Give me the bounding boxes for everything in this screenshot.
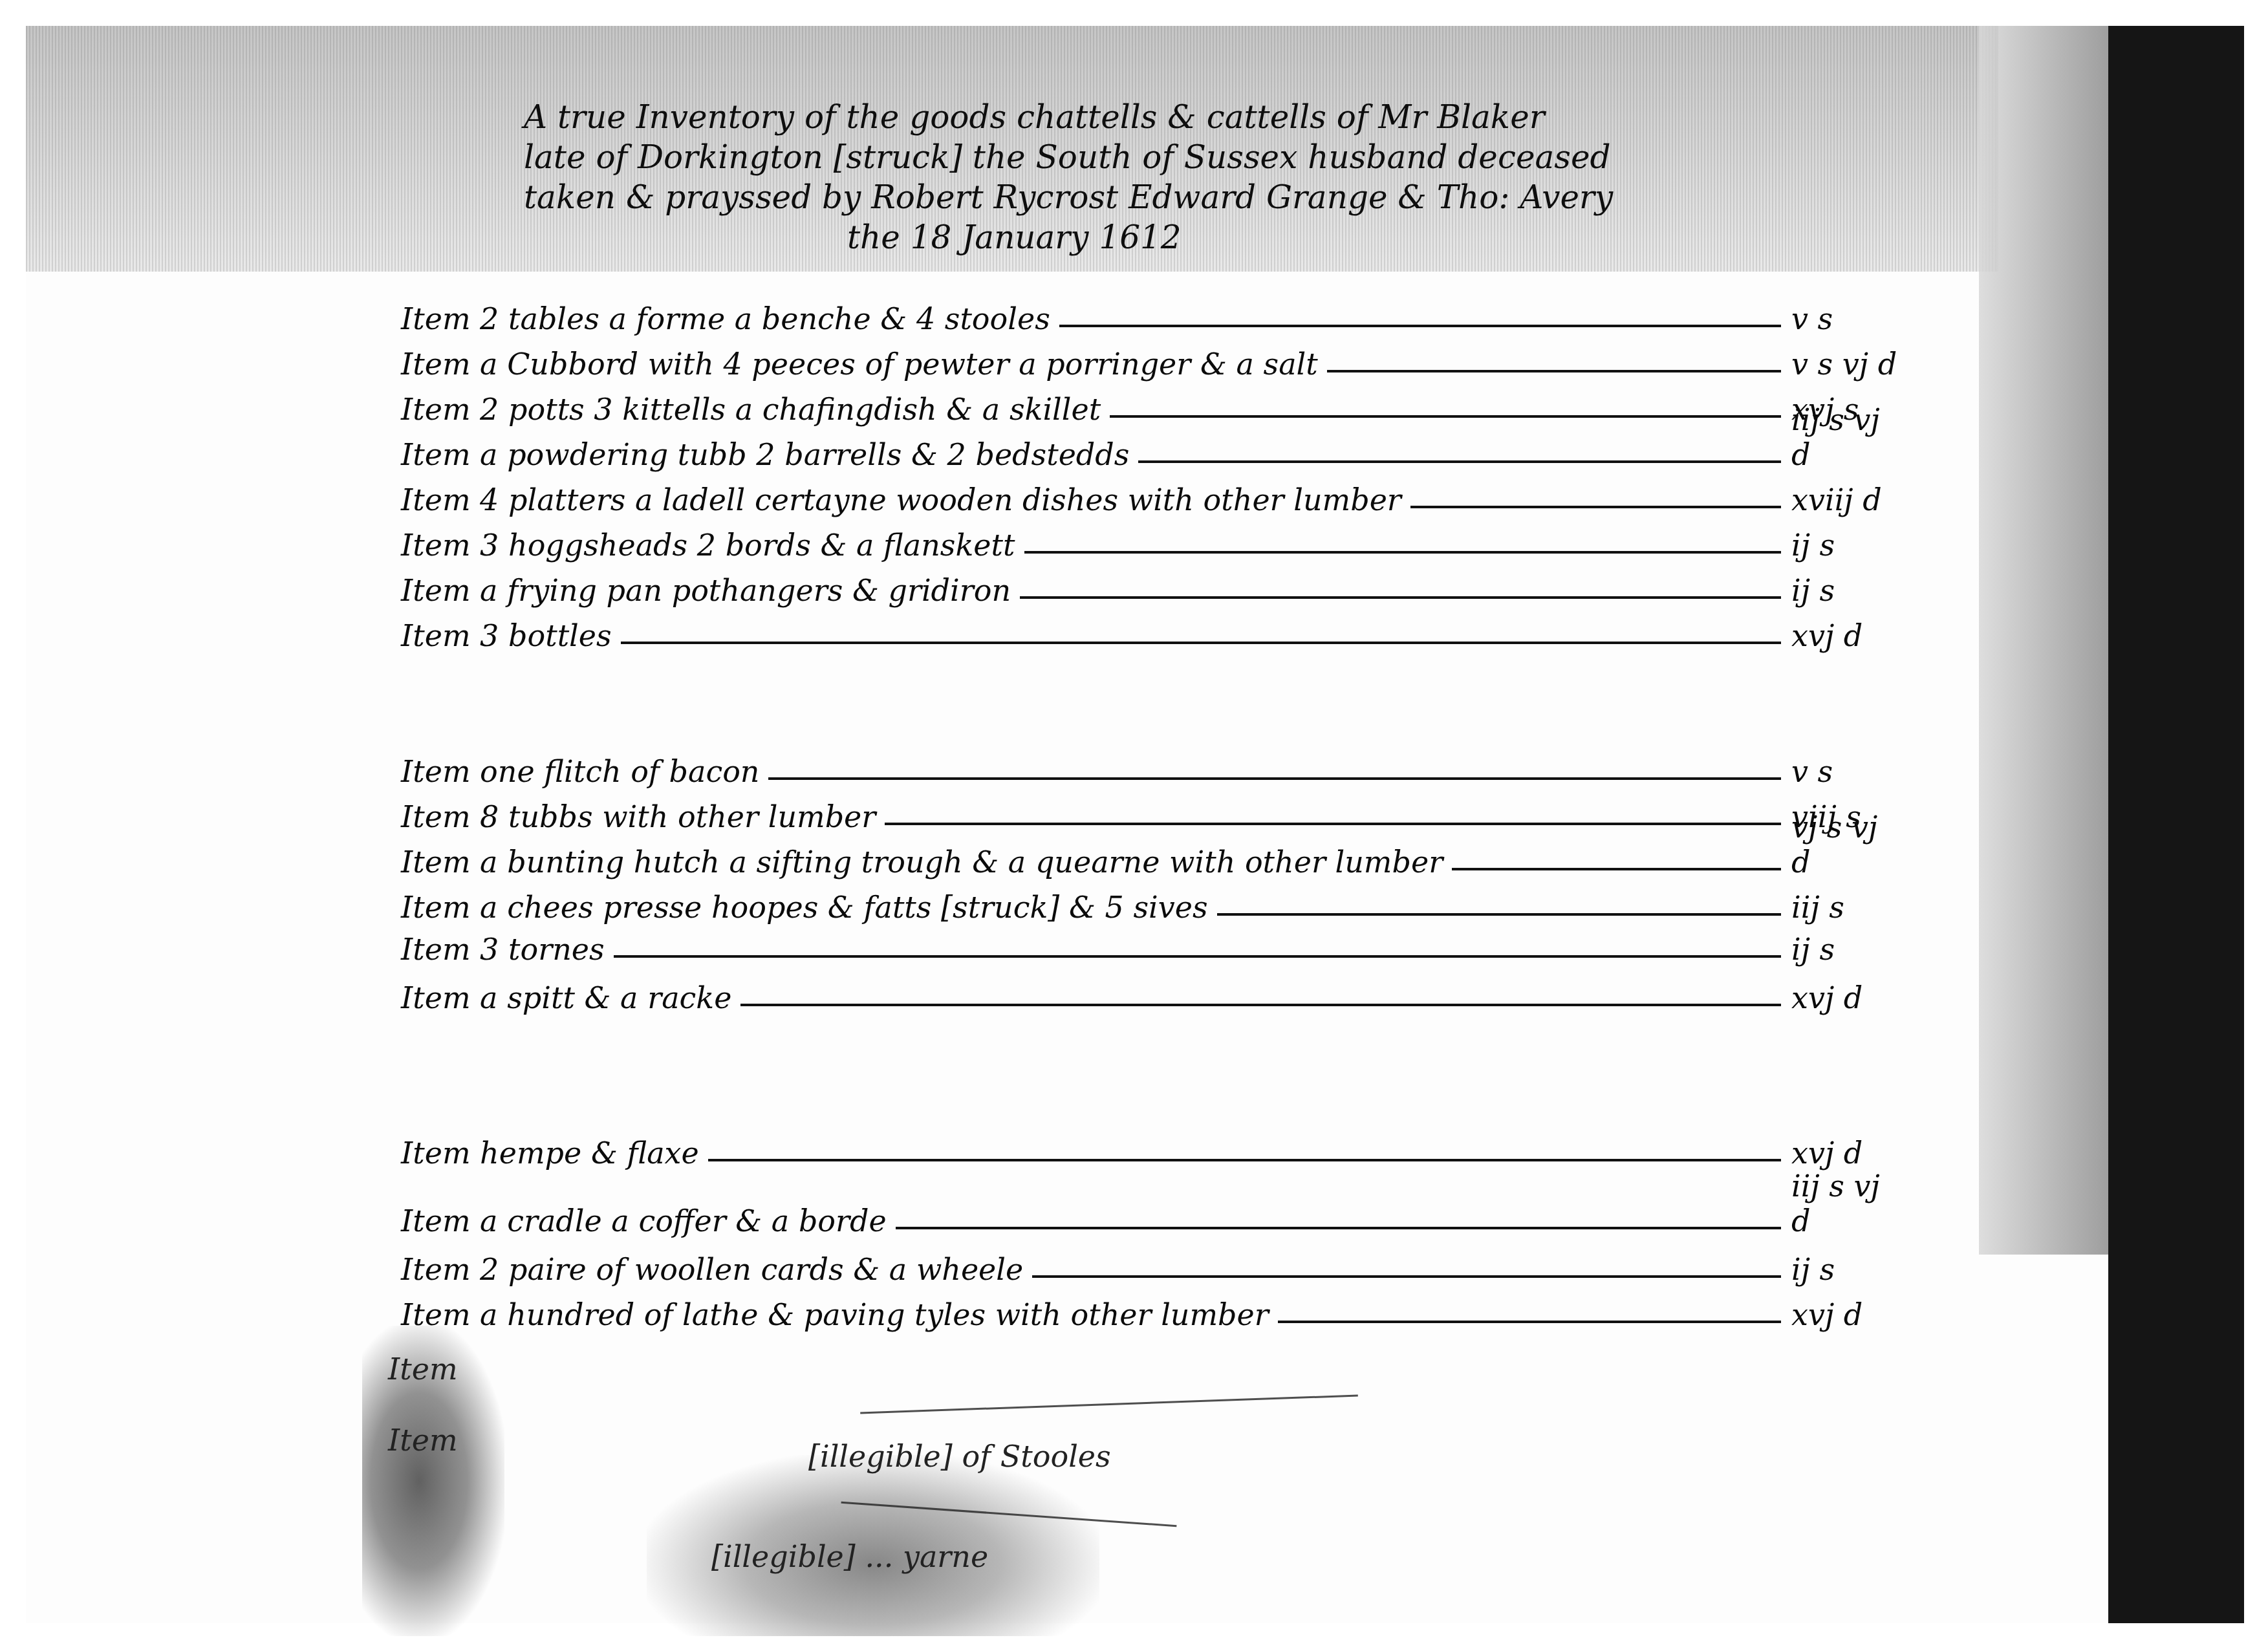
leader-line — [1059, 325, 1781, 327]
damaged-text-fragment: [illegible] ... yarne — [711, 1539, 988, 1574]
heading-date: the 18 January 1612 — [524, 217, 1753, 257]
scanner-bed-black — [2108, 26, 2244, 1623]
inventory-item: Item a frying pan pothangers & gridironi… — [401, 569, 1901, 608]
inventory-heading: A true Inventory of the goods chattells … — [524, 97, 1753, 257]
item-amount: iij s — [1781, 890, 1901, 925]
damaged-item-fragment: Item — [388, 1352, 458, 1386]
item-description: Item 3 bottles — [401, 618, 621, 653]
leader-line — [768, 777, 1781, 780]
leader-line — [1327, 370, 1781, 372]
item-description: Item 2 paire of woollen cards & a wheele — [401, 1252, 1032, 1287]
damaged-text-fragment: [illegible] of Stooles — [808, 1439, 1111, 1474]
item-description: Item 8 tubbs with other lumber — [401, 799, 885, 834]
item-description: Item a hundred of lathe & paving tyles w… — [401, 1297, 1278, 1332]
inventory-item: Item 3 hoggsheads 2 bords & a flansketti… — [401, 524, 1901, 563]
item-description: Item a cradle a coffer & a borde — [401, 1203, 896, 1238]
damaged-item-fragment: Item — [388, 1423, 458, 1458]
item-amount: vj s vj d — [1781, 810, 1901, 879]
item-amount: xvj d — [1781, 618, 1901, 653]
item-amount: ij s — [1781, 573, 1901, 608]
inventory-item: Item a chees presse hoopes & fatts [stru… — [401, 886, 1901, 925]
item-description: Item a powdering tubb 2 barrells & 2 bed… — [401, 437, 1138, 472]
inventory-item: Item one flitch of baconv s — [401, 750, 1901, 789]
item-amount: xviij d — [1781, 482, 1901, 517]
item-description: Item 3 hoggsheads 2 bords & a flanskett — [401, 528, 1024, 563]
item-description: Item 4 platters a ladell certayne wooden… — [401, 482, 1410, 517]
inventory-item: Item 2 tables a forme a benche & 4 stool… — [401, 297, 1901, 336]
leader-line — [1278, 1321, 1781, 1323]
inventory-item: Item a spitt & a rackexvj d — [401, 976, 1901, 1015]
item-amount: v s — [1781, 754, 1901, 789]
item-amount: ij s — [1781, 528, 1901, 563]
leader-line — [1410, 506, 1781, 508]
inventory-item: Item a powdering tubb 2 barrells & 2 bed… — [401, 433, 1901, 472]
inventory-item: Item a hundred of lathe & paving tyles w… — [401, 1293, 1901, 1332]
page-edge-shadow — [1979, 26, 2115, 1255]
item-description: Item a frying pan pothangers & gridiron — [401, 573, 1020, 608]
inventory-item: Item a bunting hutch a sifting trough & … — [401, 841, 1901, 879]
leader-line — [708, 1159, 1781, 1161]
item-amount: v s vj d — [1781, 347, 1901, 382]
inventory-item: Item hempe & flaxexvj d — [401, 1132, 1901, 1171]
leader-line — [1110, 415, 1781, 418]
inventory-item: Item 4 platters a ladell certayne wooden… — [401, 479, 1901, 517]
item-description: Item a bunting hutch a sifting trough & … — [401, 845, 1452, 879]
heading-line-2: late of Dorkington [struck] the South of… — [524, 137, 1753, 177]
item-description: Item hempe & flaxe — [401, 1136, 708, 1171]
inventory-item: Item 2 paire of woollen cards & a wheele… — [401, 1248, 1901, 1287]
leader-line — [1032, 1275, 1781, 1278]
item-description: Item 2 tables a forme a benche & 4 stool… — [401, 301, 1059, 336]
leader-line — [1452, 868, 1781, 870]
inventory-item: Item 2 potts 3 kittells a chafingdish & … — [401, 388, 1901, 427]
item-amount: iij s vj d — [1781, 402, 1901, 472]
leader-line — [1024, 551, 1782, 554]
item-amount: ij s — [1781, 1252, 1901, 1287]
leader-line — [1138, 460, 1781, 463]
leader-line — [885, 823, 1781, 825]
inventory-item: Item a Cubbord with 4 peeces of pewter a… — [401, 343, 1901, 382]
item-description: Item a spitt & a racke — [401, 980, 740, 1015]
item-description: Item a Cubbord with 4 peeces of pewter a… — [401, 347, 1327, 382]
inventory-item: Item a cradle a coffer & a bordeiij s vj… — [401, 1200, 1901, 1238]
item-amount: v s — [1781, 301, 1901, 336]
leader-line — [740, 1004, 1781, 1006]
item-description: Item a chees presse hoopes & fatts [stru… — [401, 890, 1217, 925]
inventory-item: Item 8 tubbs with other lumberviij s — [401, 795, 1901, 834]
leader-line — [896, 1227, 1781, 1229]
item-description: Item one flitch of bacon — [401, 754, 768, 789]
leader-line — [614, 955, 1781, 958]
item-amount: xvj d — [1781, 1297, 1901, 1332]
item-amount: iij s vj d — [1781, 1169, 1901, 1238]
item-amount: xvj d — [1781, 980, 1901, 1015]
item-amount: ij s — [1781, 932, 1901, 967]
inventory-item: Item 3 tornesij s — [401, 928, 1901, 967]
heading-line-1: A true Inventory of the goods chattells … — [524, 97, 1753, 137]
inventory-item: Item 3 bottlesxvj d — [401, 614, 1901, 653]
heading-line-3: taken & prayssed by Robert Rycrost Edwar… — [524, 177, 1753, 217]
item-description: Item 3 tornes — [401, 932, 614, 967]
item-description: Item 2 potts 3 kittells a chafingdish & … — [401, 392, 1110, 427]
leader-line — [1020, 596, 1781, 599]
item-amount: xvj d — [1781, 1136, 1901, 1171]
leader-line — [621, 642, 1781, 644]
leader-line — [1217, 913, 1781, 916]
